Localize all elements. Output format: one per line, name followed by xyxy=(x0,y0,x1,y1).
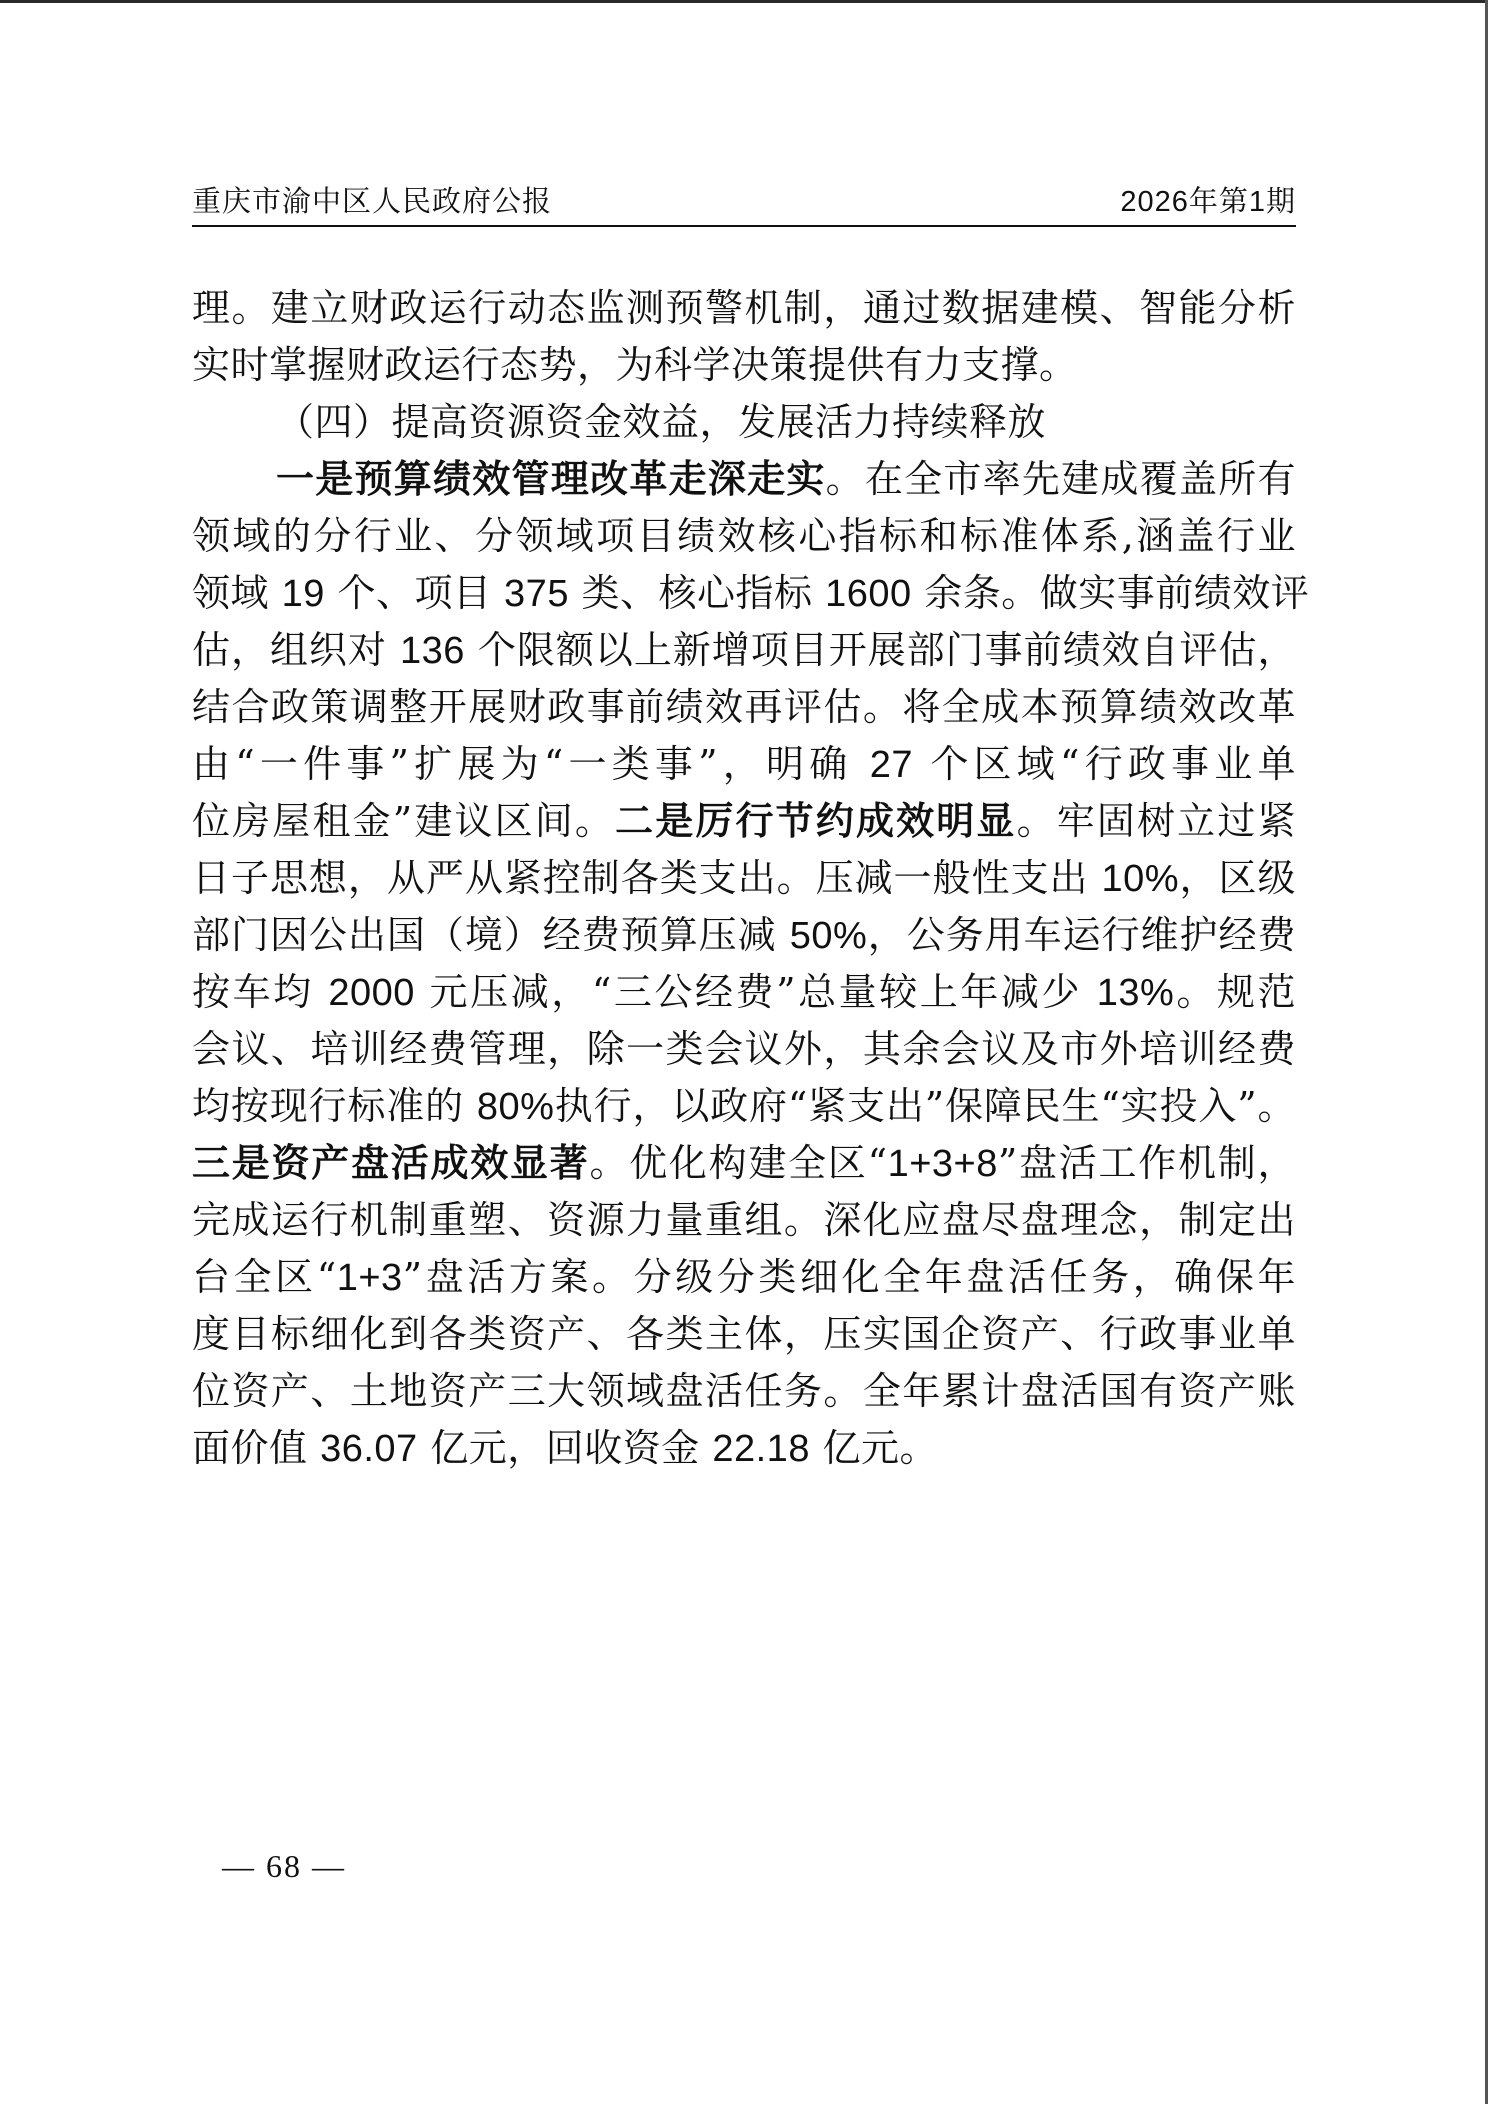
text-line: 日子思想，从严从紧控制各类支出。压减一般性支出 10%，区级 xyxy=(192,850,1296,907)
figure-value: 1+3 xyxy=(337,1257,403,1299)
figure-value: 13% xyxy=(1097,972,1175,1014)
figure-value: 19 xyxy=(282,573,325,615)
text-run: 个、项目 xyxy=(325,571,504,615)
text-line: 由“一件事”扩展为“一类事”，明确 27 个区域“行政事业单 xyxy=(192,736,1296,793)
text-run: 领域的分行业、分领域项目绩效核心指标和标准体系,涵盖行业 xyxy=(192,514,1296,558)
text-run: 。优化构建全区“ xyxy=(589,1141,887,1185)
text-run: 个区域“行政事业单 xyxy=(913,742,1296,786)
text-run: 执行，以政府“紧支出”保障民生“实投入”。 xyxy=(554,1084,1296,1128)
text-line: 一是预算绩效管理改革走深走实。在全市率先建成覆盖所有 xyxy=(192,451,1296,508)
text-line: 三是资产盘活成效显著。优化构建全区“1+3+8”盘活工作机制， xyxy=(192,1135,1296,1192)
issue-number: 2026年第1期 xyxy=(1120,179,1296,220)
text-run: 面价值 xyxy=(192,1426,320,1470)
text-run: 个限额以上新增项目开展部门事前绩效自评估， xyxy=(465,628,1296,672)
text-run: 元压减，“三公经费”总量较上年减少 xyxy=(415,970,1097,1014)
text-line: 领域 19 个、项目 375 类、核心指标 1600 余条。做实事前绩效评 xyxy=(192,565,1296,622)
figure-value: 136 xyxy=(400,630,465,672)
figure-value: 36.07 xyxy=(320,1428,418,1470)
bold-lead-2: 二是厉行节约成效明显 xyxy=(615,799,1017,843)
text-run: ，公务用车运行维护经费 xyxy=(867,913,1296,957)
text-run: 日子思想，从严从紧控制各类支出。压减一般性支出 xyxy=(192,856,1101,900)
figure-value: 1+3+8 xyxy=(888,1143,998,1185)
figure-value: 2000 xyxy=(328,972,415,1014)
text-run: 估，组织对 xyxy=(192,628,400,672)
figure-value: 10% xyxy=(1101,858,1179,900)
page-number: — 68 — xyxy=(222,1848,346,1885)
running-header: 重庆市渝中区人民政府公报 2026年第1期 xyxy=(192,180,1296,220)
text-run: 理。建立财政运行动态监测预警机制，通过数据建模、智能分析 xyxy=(192,286,1296,330)
text-run: 完成运行机制重塑、资源力量重组。深化应盘尽盘理念，制定出 xyxy=(192,1198,1296,1242)
text-line: 均按现行标准的 80%执行，以政府“紧支出”保障民生“实投入”。 xyxy=(192,1078,1296,1135)
text-run: 位房屋租金”建议区间。 xyxy=(192,799,615,843)
text-line: 理。建立财政运行动态监测预警机制，通过数据建模、智能分析 xyxy=(192,280,1296,337)
text-run: 实时掌握财政运行态势，为科学决策提供有力支撑。 xyxy=(192,343,1078,387)
text-line: 位房屋租金”建议区间。二是厉行节约成效明显。牢固树立过紧 xyxy=(192,793,1296,850)
text-line: 按车均 2000 元压减，“三公经费”总量较上年减少 13%。规范 xyxy=(192,964,1296,1021)
text-line: 领域的分行业、分领域项目绩效核心指标和标准体系,涵盖行业 xyxy=(192,508,1296,565)
text-run: 位资产、土地资产三大领域盘活任务。全年累计盘活国有资产账 xyxy=(192,1369,1296,1413)
text-line: 实时掌握财政运行态势，为科学决策提供有力支撑。 xyxy=(192,337,1296,394)
text-run: ”盘活方案。分级分类细化全年盘活任务，确保年 xyxy=(403,1255,1296,1299)
section-heading: （四）提高资源资金效益，发展活力持续释放 xyxy=(192,394,1296,451)
section-heading-text: （四）提高资源资金效益，发展活力持续释放 xyxy=(276,400,1046,444)
text-line: 度目标细化到各类资产、各类主体，压实国企资产、行政事业单 xyxy=(192,1306,1296,1363)
text-run: 亿元。 xyxy=(810,1426,938,1470)
figure-value: 1600 xyxy=(825,573,912,615)
bold-lead-1: 一是预算绩效管理改革走深走实 xyxy=(276,457,826,501)
text-run: 亿元，回收资金 xyxy=(418,1426,713,1470)
figure-value: 22.18 xyxy=(712,1428,810,1470)
text-run: 。牢固树立过紧 xyxy=(1017,799,1296,843)
figure-value: 27 xyxy=(870,744,913,786)
text-line: 面价值 36.07 亿元，回收资金 22.18 亿元。 xyxy=(192,1420,1296,1477)
text-line: 会议、培训经费管理，除一类会议外，其余会议及市外培训经费 xyxy=(192,1021,1296,1078)
text-run: 结合政策调整开展财政事前绩效再评估。将全成本预算绩效改革 xyxy=(192,685,1296,729)
text-line: 估，组织对 136 个限额以上新增项目开展部门事前绩效自评估， xyxy=(192,622,1296,679)
text-line: 部门因公出国（境）经费预算压减 50%，公务用车运行维护经费 xyxy=(192,907,1296,964)
bold-lead-3: 三是资产盘活成效显著 xyxy=(192,1141,589,1185)
text-run: 领域 xyxy=(192,571,282,615)
publication-title: 重庆市渝中区人民政府公报 xyxy=(192,179,552,220)
text-run: 部门因公出国（境）经费预算压减 xyxy=(192,913,790,957)
figure-value: 50% xyxy=(790,915,868,957)
text-run: 按车均 xyxy=(192,970,328,1014)
page-frame-top-border xyxy=(0,0,1488,3)
text-run: 会议、培训经费管理，除一类会议外，其余会议及市外培训经费 xyxy=(192,1027,1296,1071)
text-run: 余条。做实事前绩效评 xyxy=(912,571,1310,615)
header-rule xyxy=(192,225,1296,227)
figure-value: 375 xyxy=(504,573,569,615)
text-run: 均按现行标准的 xyxy=(192,1084,477,1128)
text-line: 结合政策调整开展财政事前绩效再评估。将全成本预算绩效改革 xyxy=(192,679,1296,736)
text-line: 台全区“1+3”盘活方案。分级分类细化全年盘活任务，确保年 xyxy=(192,1249,1296,1306)
body-text: 理。建立财政运行动态监测预警机制，通过数据建模、智能分析 实时掌握财政运行态势，… xyxy=(192,280,1296,1477)
text-run: 度目标细化到各类资产、各类主体，压实国企资产、行政事业单 xyxy=(192,1312,1296,1356)
text-run: 台全区“ xyxy=(192,1255,337,1299)
text-run: ，区级 xyxy=(1179,856,1296,900)
text-run: 。在全市率先建成覆盖所有 xyxy=(826,457,1296,501)
text-line: 完成运行机制重塑、资源力量重组。深化应盘尽盘理念，制定出 xyxy=(192,1192,1296,1249)
text-run: 类、核心指标 xyxy=(569,571,825,615)
text-line: 位资产、土地资产三大领域盘活任务。全年累计盘活国有资产账 xyxy=(192,1363,1296,1420)
text-run: 。规范 xyxy=(1174,970,1296,1014)
text-run: 由“一件事”扩展为“一类事”，明确 xyxy=(192,742,870,786)
figure-value: 80% xyxy=(477,1086,555,1128)
text-run: ”盘活工作机制， xyxy=(998,1141,1296,1185)
